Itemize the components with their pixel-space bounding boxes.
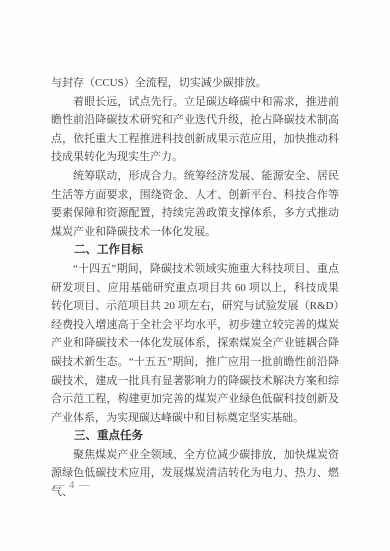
- section-heading-key-tasks: 三、重点任务: [51, 427, 339, 446]
- paragraph-coordination: 统筹联动，形成合力。统筹经济发展、能源安全、居民生活等方面要求，围绕资金、人才、…: [51, 167, 339, 241]
- paragraph-ccus-continuation: 与封存（CCUS）全流程，切实减少碳排放。: [51, 74, 339, 93]
- paragraph-long-term-pilot: 着眼长远，试点先行。立足碳达峰碳中和需求，推进前瞻性前沿降碳技术研究和产业迭代升…: [51, 93, 339, 167]
- section-heading-work-goals: 二、工作目标: [51, 241, 339, 260]
- document-page: 与封存（CCUS）全流程，切实减少碳排放。 着眼长远，试点先行。立足碳达峰碳中和…: [0, 0, 390, 551]
- page-number: — 4 —: [54, 480, 91, 491]
- document-body: 与封存（CCUS）全流程，切实减少碳排放。 着眼长远，试点先行。立足碳达峰碳中和…: [51, 74, 339, 502]
- paragraph-key-tasks-intro: 聚焦煤炭产业全领域、全方位减少碳排放，加快煤炭资源绿色低碳技术应用，发展煤炭清洁…: [51, 446, 339, 502]
- paragraph-five-year-plan-targets: “十四五”期间，降碳技术领域实施重大科技项目、重点研发项目、应用基础研究重点项目…: [51, 260, 339, 427]
